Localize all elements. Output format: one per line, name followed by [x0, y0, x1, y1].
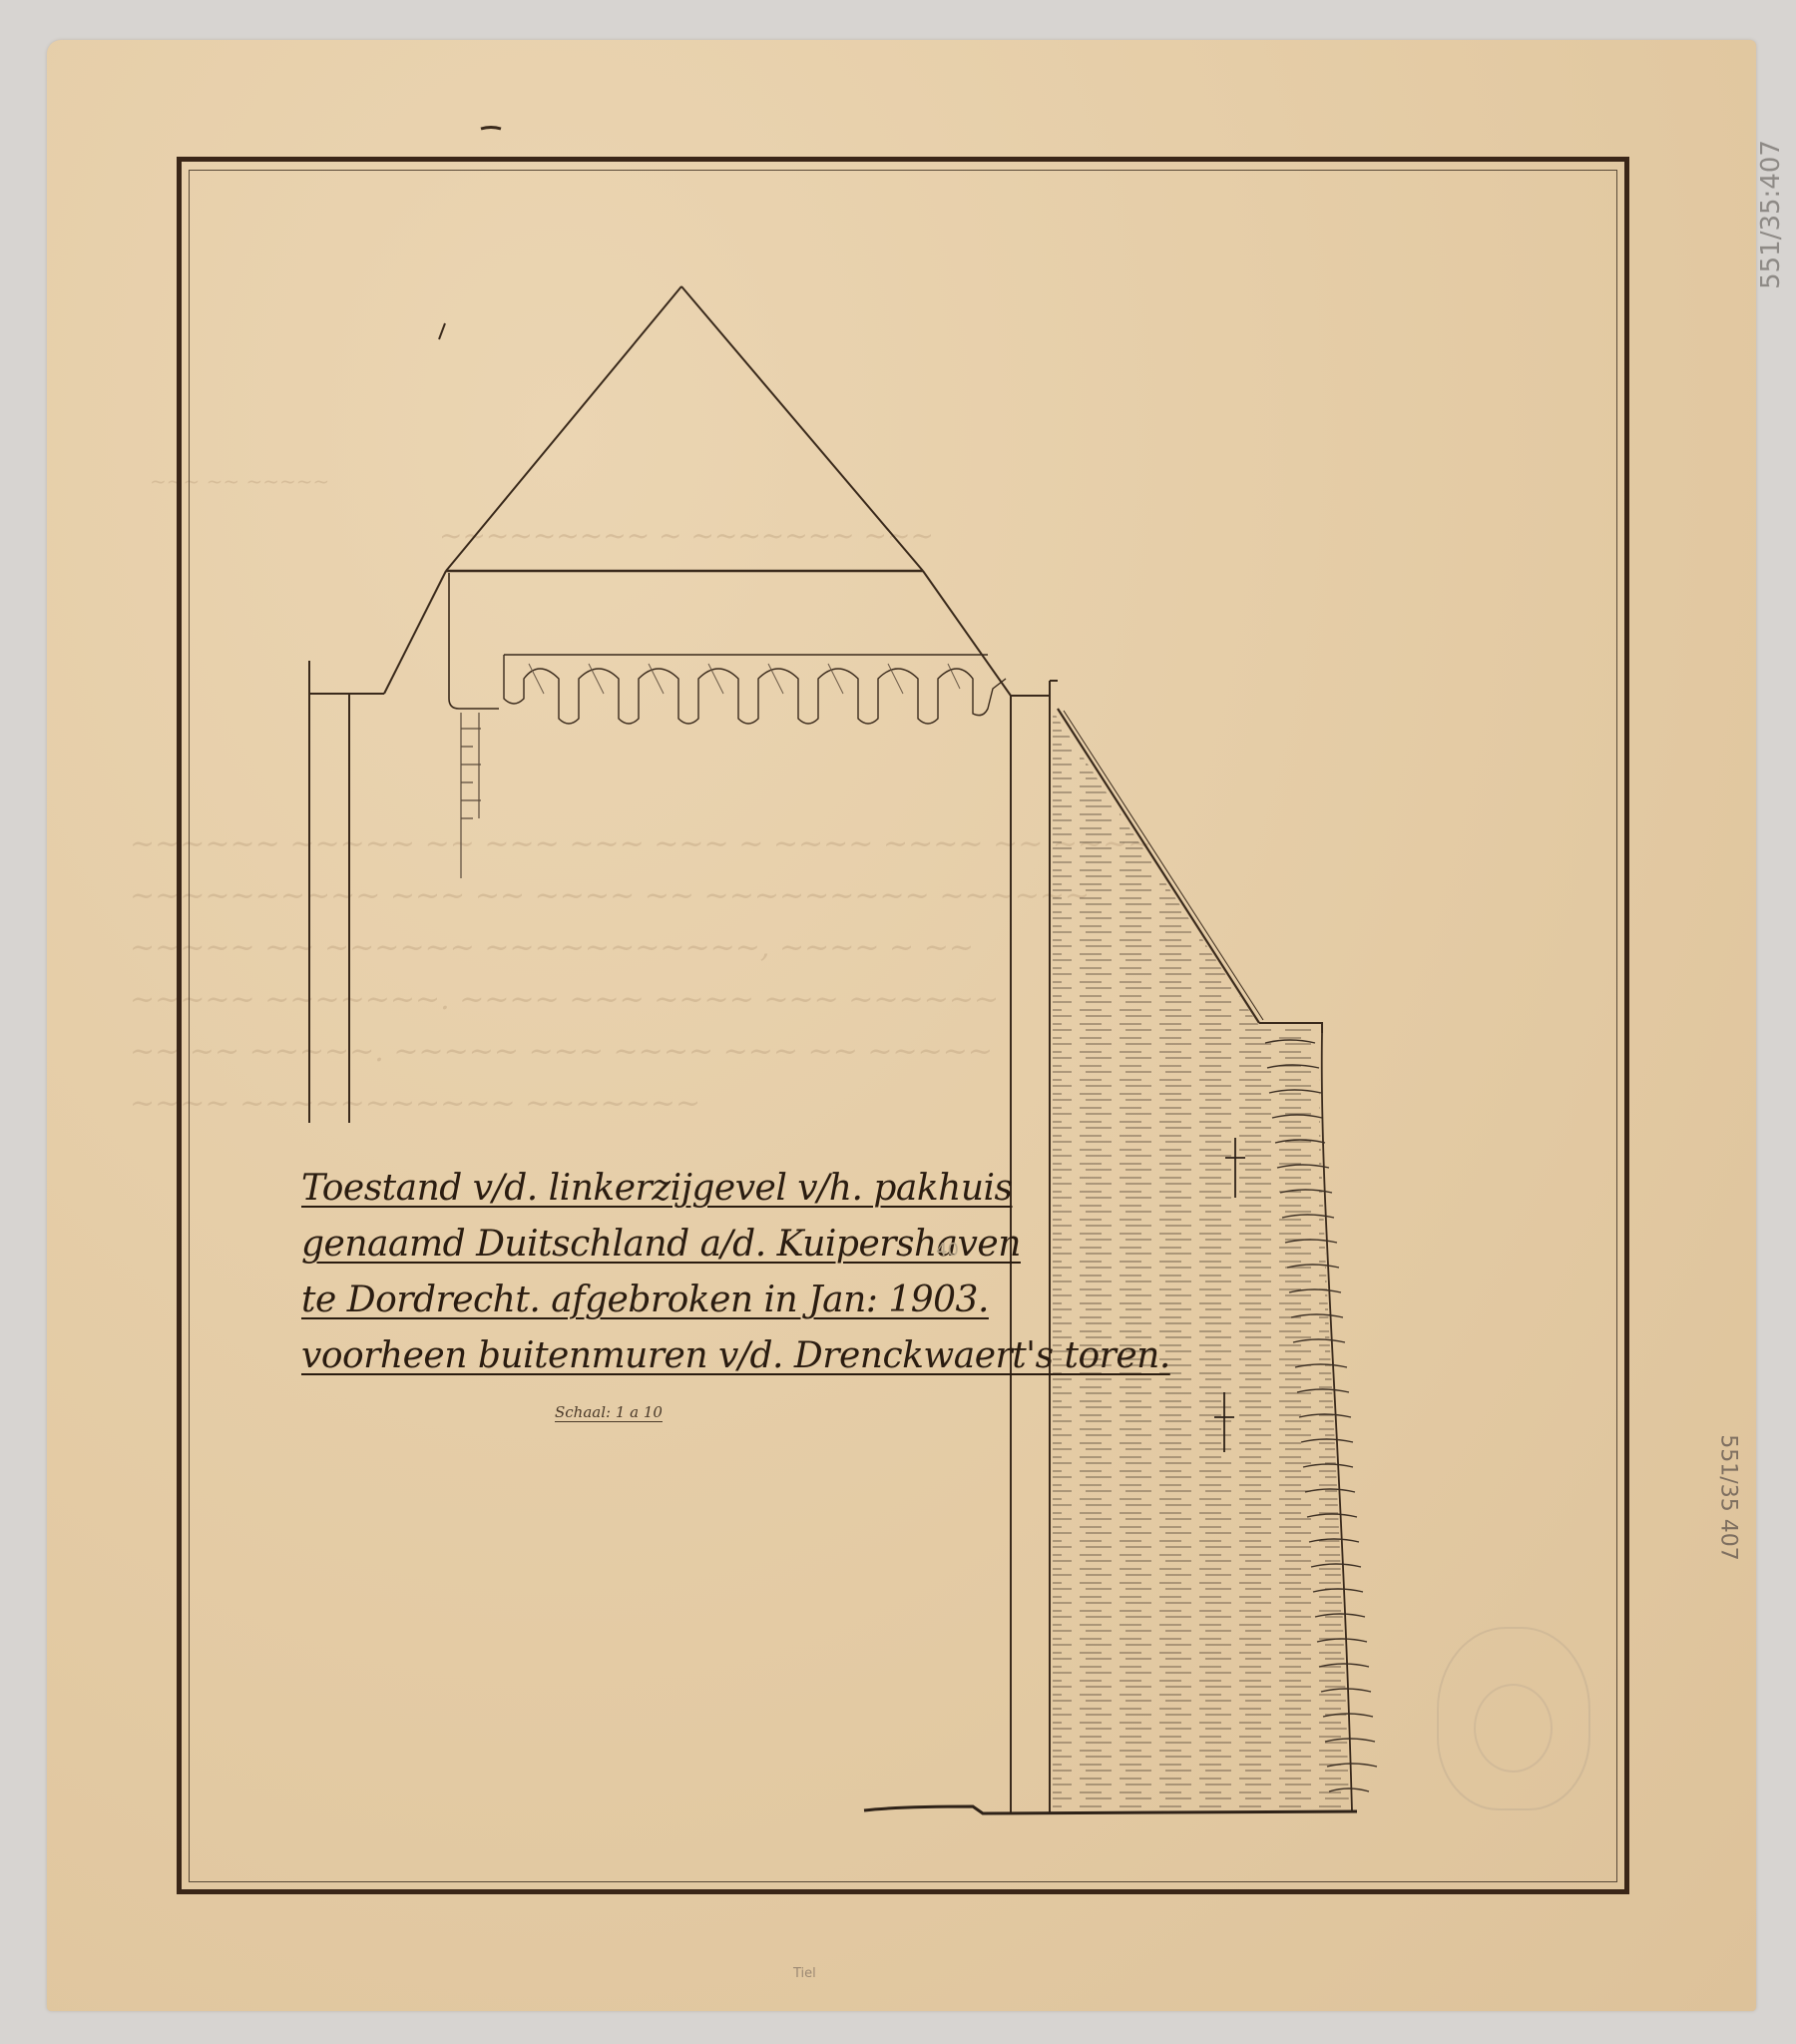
left-pillar	[309, 661, 384, 1123]
archive-reference-side-text: 551/35 407	[1716, 1434, 1741, 1560]
archive-reference-top: 551/35:407	[1751, 90, 1791, 339]
brick-wall	[1053, 711, 1349, 1808]
title-line-2: genaamd Duitschland a/d. Kuipershaven	[301, 1217, 1020, 1273]
scale-label: Schaal: 1 a 10	[555, 1403, 663, 1421]
brick-column-detail	[461, 713, 481, 878]
title-line-1: Toestand v/d. linkerzijgevel v/h. pakhui…	[301, 1161, 1020, 1217]
corbel-frieze	[504, 655, 1006, 724]
archive-reference-side: 551/35 407	[1708, 1392, 1748, 1602]
elevation-drawing	[0, 0, 1796, 2044]
pencil-note: 40	[936, 1240, 959, 1261]
gable-outline	[446, 286, 923, 571]
drawing-title: Toestand v/d. linkerzijgevel v/h. pakhui…	[301, 1161, 1020, 1384]
title-line-3: te Dordrecht. afgebroken in Jan: 1903.	[301, 1273, 1020, 1328]
bottom-pencil-mark: Tiel	[793, 1966, 816, 1981]
archive-reference-top-text: 551/35:407	[1756, 140, 1786, 289]
title-line-4: voorheen buitenmuren v/d. Drenckwaert's …	[301, 1328, 1020, 1384]
